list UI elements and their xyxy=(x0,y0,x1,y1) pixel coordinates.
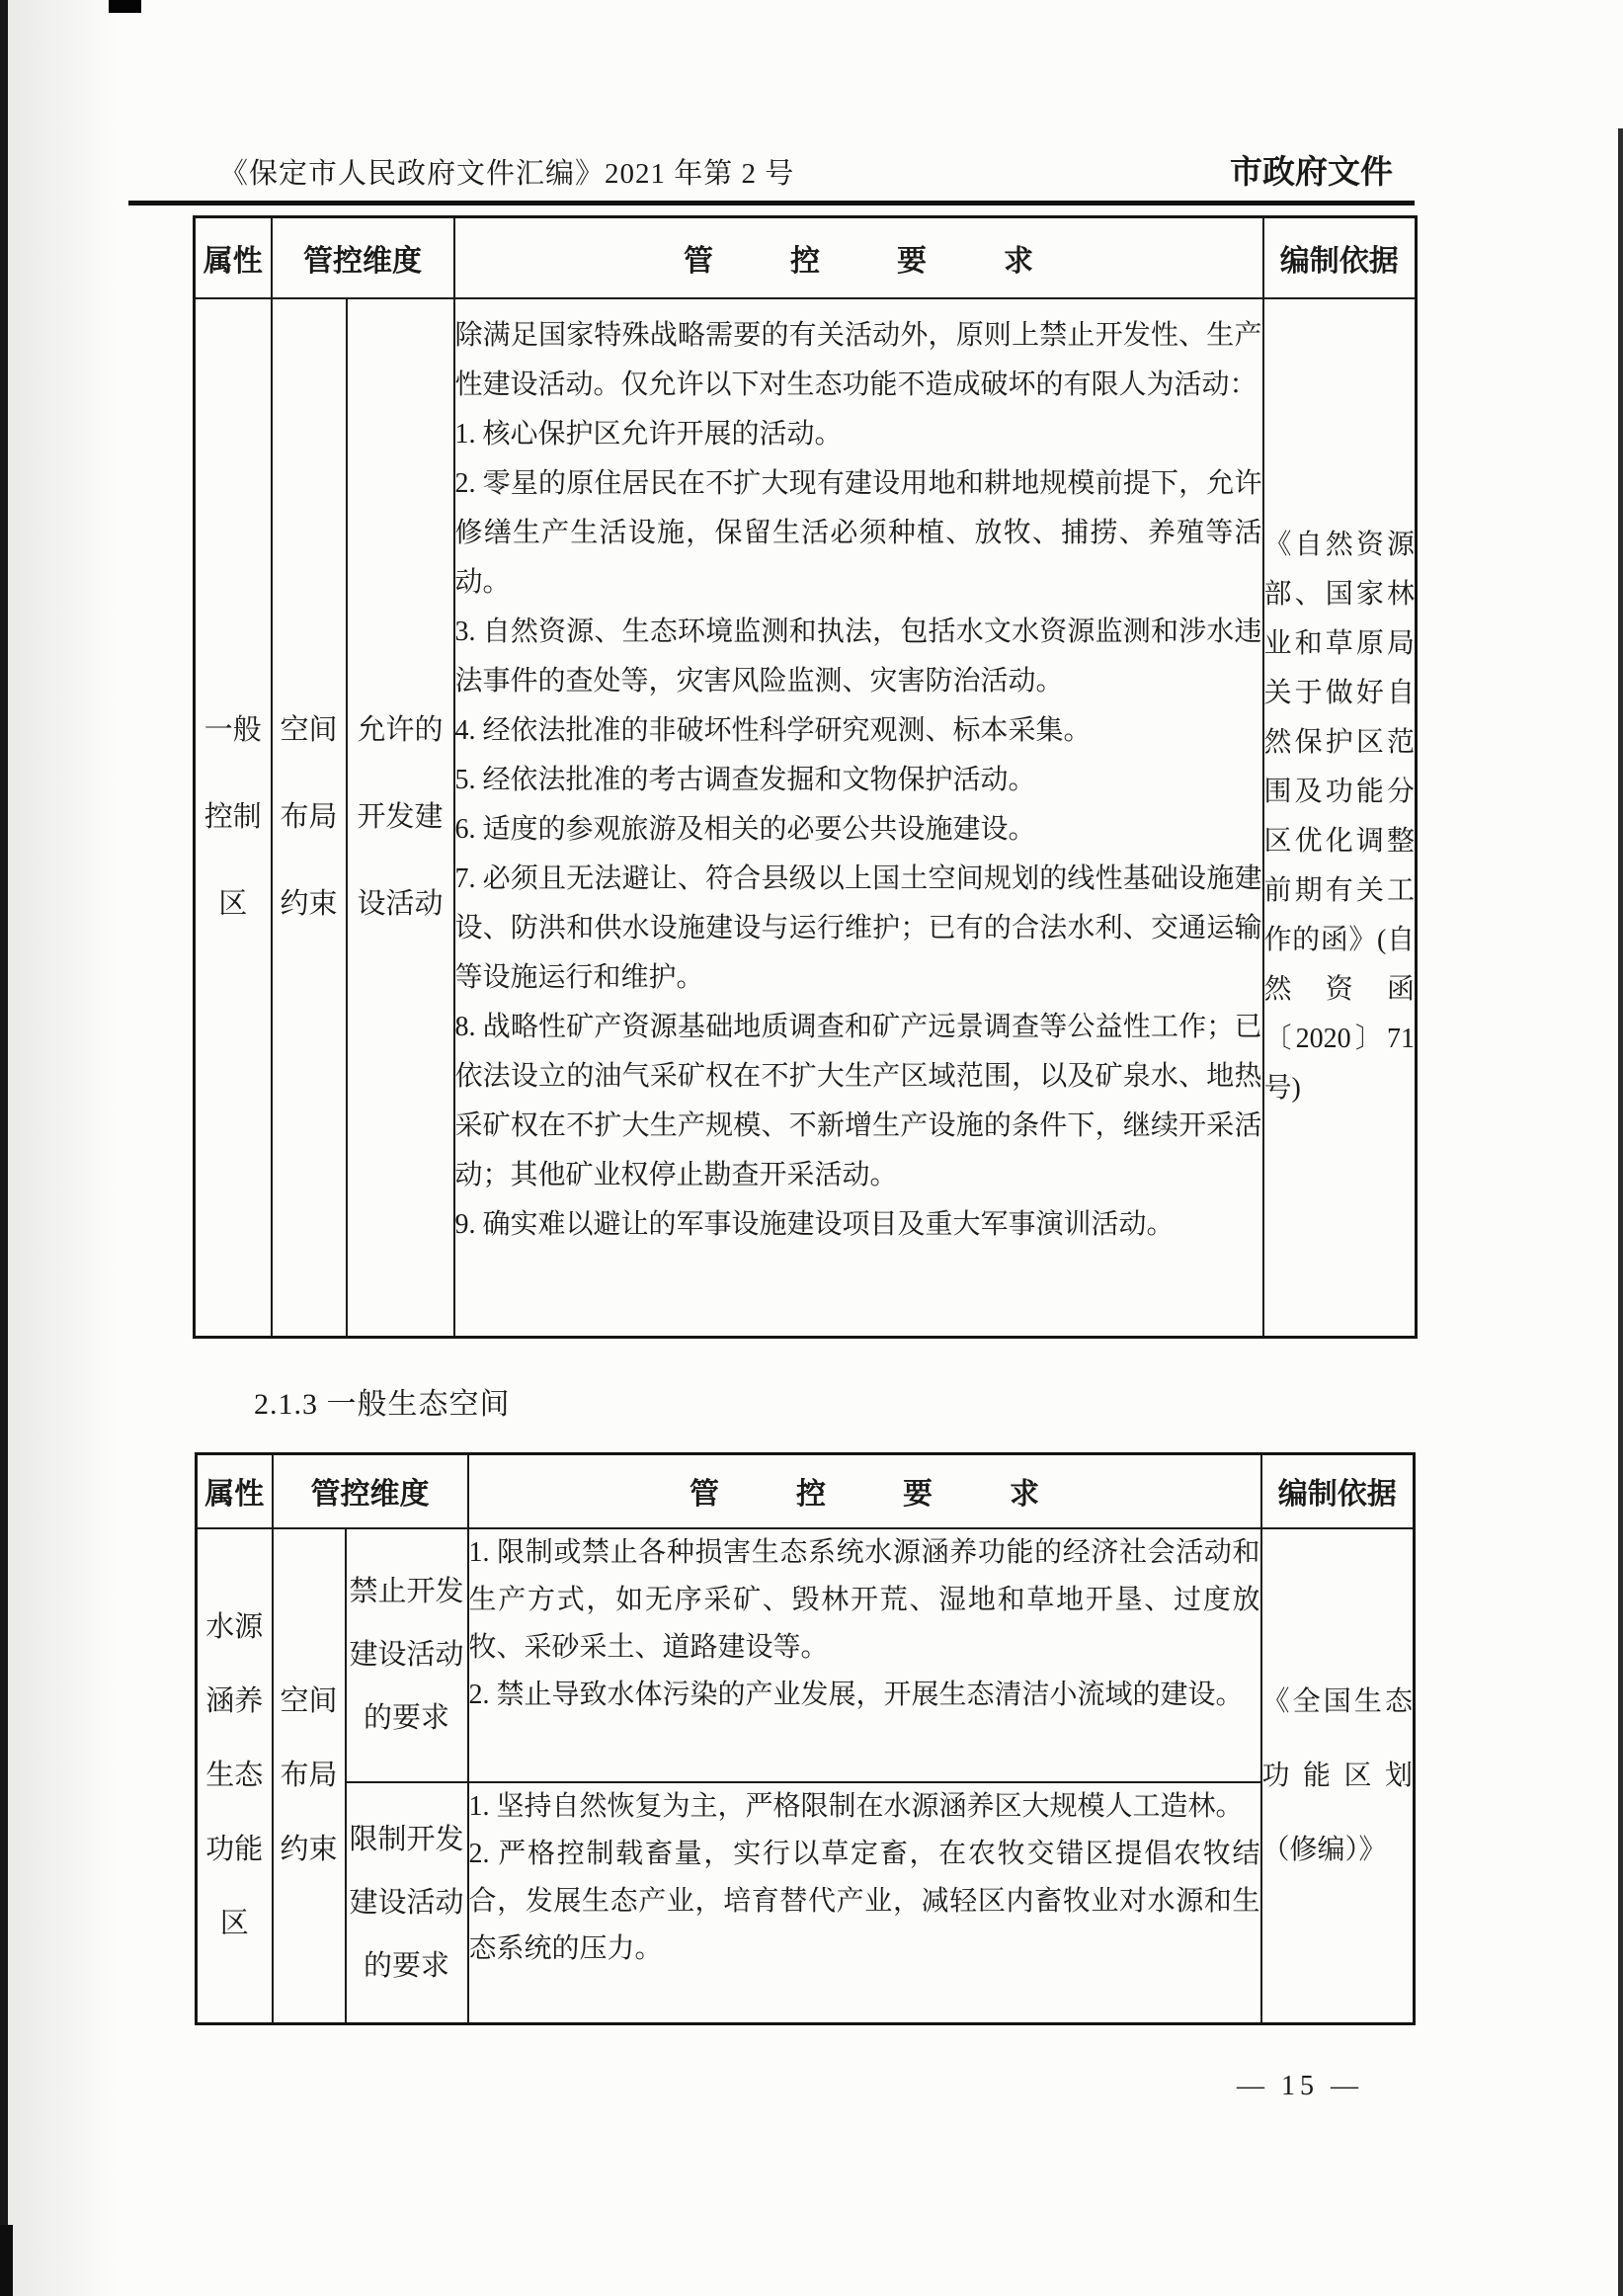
scan-edge-right xyxy=(1618,128,1623,2296)
cell-dimension: 空间 布局 约束 xyxy=(273,1528,346,2024)
requirement-item: 3. 自然资源、生态环境监测和执法，包括水文水资源监测和涉水违法事件的查处等，灾… xyxy=(455,608,1262,706)
compilation-title: 《保定市人民政府文件汇编》2021 年第 2 号 xyxy=(219,151,794,192)
requirement-item: 7. 必须且无法避让、符合县级以上国土空间规划的线性基础设施建设、防洪和供水设施… xyxy=(455,855,1262,1003)
header-control-requirement: 管控要求 xyxy=(468,1454,1261,1528)
header-control-dimension: 管控维度 xyxy=(272,217,454,298)
requirement-item: 2. 禁止导致水体污染的产业发展，开展生态清洁小流域的建设。 xyxy=(469,1672,1260,1719)
cell-compilation-basis: 《全国生态功能区划（修编）》 xyxy=(1261,1528,1415,2024)
requirement-item: 2. 严格控制载畜量，实行以草定畜，在农牧交错区提倡农牧结合，发展生态产业，培育… xyxy=(469,1831,1260,1973)
cell-forbid-label: 禁止开发 建设活动 的要求 xyxy=(346,1528,468,1782)
cell-forbid-requirements: 1. 限制或禁止各种损害生态系统水源涵养功能的经济社会活动和生产方式，如无序采矿… xyxy=(468,1528,1261,1782)
document-page: 《保定市人民政府文件汇编》2021 年第 2 号 市政府文件 属性 管控维度 管… xyxy=(0,0,1623,2296)
table-row: 一般 控制 区 空间 布局 约束 允许的 开发建 设活动 除满足国家特殊战略需要… xyxy=(195,298,1417,1338)
table-header-row: 属性 管控维度 管控要求 编制依据 xyxy=(195,217,1417,298)
cell-attribute: 水源 涵养 生态 功能 区 xyxy=(197,1528,273,2024)
scan-mark-top-left xyxy=(109,0,141,13)
requirement-item: 2. 零星的原住居民在不扩大现有建设用地和耕地规模前提下，允许修缮生产生活设施，… xyxy=(455,459,1262,608)
requirement-item: 4. 经依法批准的非破坏性科学研究观测、标本采集。 xyxy=(455,706,1262,756)
scan-shadow-left xyxy=(8,0,117,2296)
cell-compilation-basis: 《自然资源部、国家林业和草原局关于做好自然保护区范围及功能分区优化调整前期有关工… xyxy=(1263,298,1417,1338)
header-compilation-basis: 编制依据 xyxy=(1263,217,1417,298)
requirement-item: 1. 限制或禁止各种损害生态系统水源涵养功能的经济社会活动和生产方式，如无序采矿… xyxy=(469,1529,1260,1672)
table-row-forbid: 水源 涵养 生态 功能 区 空间 布局 约束 禁止开发 建设活动 的要求 1. … xyxy=(197,1528,1415,1782)
requirement-item: 5. 经依法批准的考古调查发掘和文物保护活动。 xyxy=(455,756,1262,805)
requirement-item: 9. 确实难以避让的军事设施建设项目及重大军事演训活动。 xyxy=(455,1200,1262,1250)
cell-dimension: 空间 布局 约束 xyxy=(272,298,347,1338)
header-control-dimension: 管控维度 xyxy=(273,1454,468,1528)
cell-limit-requirements: 1. 坚持自然恢复为主，严格限制在水源涵养区大规模人工造林。 2. 严格控制载畜… xyxy=(468,1782,1261,2024)
cell-requirements: 除满足国家特殊战略需要的有关活动外，原则上禁止开发性、生产性建设活动。仅允许以下… xyxy=(454,298,1263,1338)
document-category-label: 市政府文件 xyxy=(1230,146,1393,193)
scan-mark-bottom-left xyxy=(0,2225,13,2296)
page-number: — 15 — xyxy=(1237,2071,1363,2102)
requirement-item: 6. 适度的参观旅游及相关的必要公共设施建设。 xyxy=(455,805,1262,855)
page-header: 《保定市人民政府文件汇编》2021 年第 2 号 市政府文件 xyxy=(219,146,1393,193)
cell-limit-label: 限制开发 建设活动 的要求 xyxy=(346,1782,468,2024)
cell-attribute: 一般 控制 区 xyxy=(195,298,272,1338)
requirement-item: 1. 坚持自然恢复为主，严格限制在水源涵养区大规模人工造林。 xyxy=(469,1783,1260,1831)
header-attribute: 属性 xyxy=(195,217,272,298)
water-conservation-zone-table: 属性 管控维度 管控要求 编制依据 水源 涵养 生态 功能 区 空间 布局 约束… xyxy=(195,1452,1416,2025)
scan-edge-left xyxy=(0,0,8,2296)
header-control-requirement: 管控要求 xyxy=(454,217,1263,298)
header-attribute: 属性 xyxy=(197,1454,273,1528)
cell-activity-type: 允许的 开发建 设活动 xyxy=(347,298,454,1338)
header-compilation-basis: 编制依据 xyxy=(1261,1454,1415,1528)
requirement-intro: 除满足国家特殊战略需要的有关活动外，原则上禁止开发性、生产性建设活动。仅允许以下… xyxy=(455,311,1262,410)
requirement-item: 1. 核心保护区允许开展的活动。 xyxy=(455,410,1262,459)
requirement-item: 8. 战略性矿产资源基础地质调查和矿产远景调查等公益性工作；已依法设立的油气采矿… xyxy=(455,1003,1262,1200)
table-row-limit: 限制开发 建设活动 的要求 1. 坚持自然恢复为主，严格限制在水源涵养区大规模人… xyxy=(197,1782,1415,2024)
section-heading: 2.1.3 一般生态空间 xyxy=(254,1379,511,1423)
table-header-row: 属性 管控维度 管控要求 编制依据 xyxy=(197,1454,1415,1528)
general-control-zone-table: 属性 管控维度 管控要求 编制依据 一般 控制 区 空间 布局 约束 允许的 开… xyxy=(193,215,1418,1339)
header-divider-rule xyxy=(128,201,1415,205)
